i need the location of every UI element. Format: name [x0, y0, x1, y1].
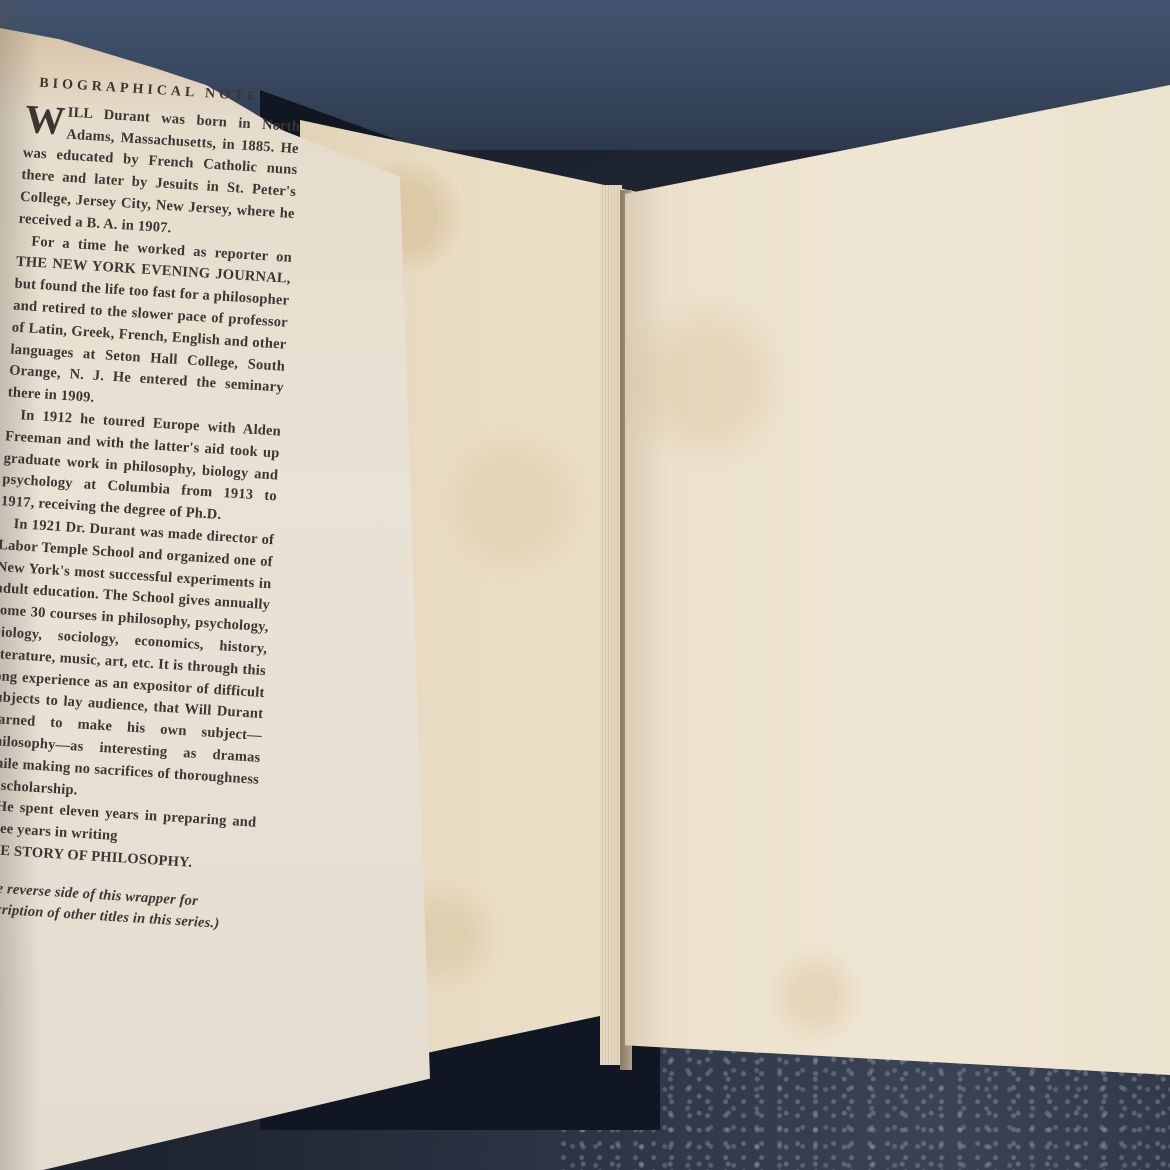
blank-right-page [625, 85, 1170, 1075]
paragraph-3: In 1912 he toured Europe with Alden Free… [0, 404, 281, 530]
page-block-edges [600, 185, 622, 1065]
paragraph-2: For a time he worked as reporter on THE … [7, 230, 292, 421]
paragraph-1: WILL Durant was born in North Adams, Mas… [18, 100, 301, 248]
paragraph-4: In 1921 Dr. Durant was made director of … [0, 513, 275, 813]
drop-cap: W [24, 102, 66, 138]
reverse-side-note: (See reverse side of this wrapper for de… [0, 877, 252, 938]
